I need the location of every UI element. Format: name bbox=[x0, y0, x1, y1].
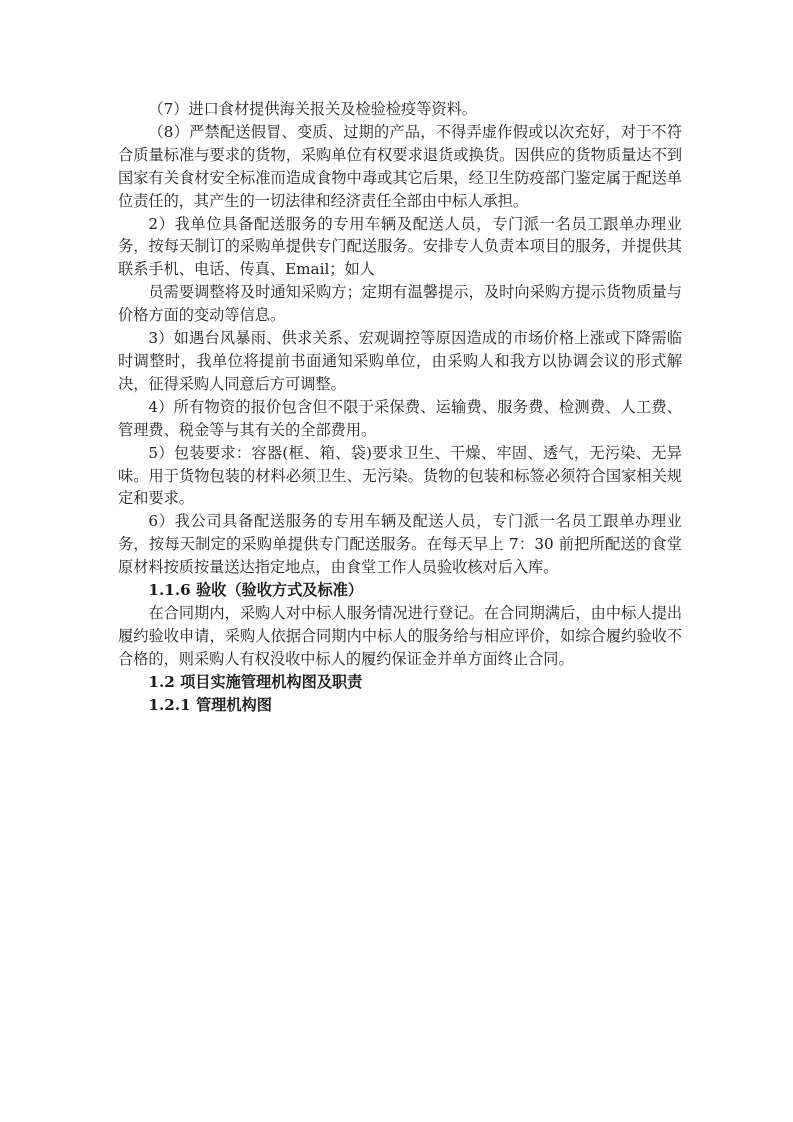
paragraph-imported-food-docs: （7）进口食材提供海关报关及检验检疫等资料。 bbox=[118, 98, 682, 121]
paragraph-quotation-scope: 4）所有物资的报价包含但不限于采保费、运输费、服务费、检测费、人工费、管理费、税… bbox=[118, 396, 682, 442]
paragraph-acceptance-procedure: 在合同期内，采购人对中标人服务情况进行登记。在合同期满后，由中标人提出履约验收申… bbox=[118, 602, 682, 671]
paragraph-delivery-schedule: 6）我公司具备配送服务的专用车辆及配送人员，专门派一名员工跟单办理业务，按每天制… bbox=[118, 510, 682, 579]
document-page: （7）进口食材提供海关报关及检验检疫等资料。 （8）严禁配送假冒、变质、过期的产… bbox=[118, 98, 682, 716]
paragraph-price-adjustment: 3）如遇台风暴雨、供求关系、宏观调控等原因造成的市场价格上涨或下降需临时调整时，… bbox=[118, 327, 682, 396]
heading-acceptance: 1.1.6 验收（验收方式及标准） bbox=[118, 579, 682, 602]
heading-org-chart: 1.2.1 管理机构图 bbox=[118, 694, 682, 717]
paragraph-staff-adjustment: 员需要调整将及时通知采购方；定期有温馨提示，及时向采购方提示货物质量与价格方面的… bbox=[118, 281, 682, 327]
paragraph-prohibited-products: （8）严禁配送假冒、变质、过期的产品，不得弄虚作假或以次充好，对于不符合质量标准… bbox=[118, 121, 682, 213]
paragraph-packaging-requirements: 5）包装要求：容器(框、箱、袋)要求卫生、干燥、牢固、透气，无污染、无异味。用于… bbox=[118, 442, 682, 511]
heading-management-structure: 1.2 项目实施管理机构图及职责 bbox=[118, 671, 682, 694]
paragraph-delivery-vehicles-staff: 2）我单位具备配送服务的专用车辆及配送人员，专门派一名员工跟单办理业务，按每天制… bbox=[118, 213, 682, 282]
